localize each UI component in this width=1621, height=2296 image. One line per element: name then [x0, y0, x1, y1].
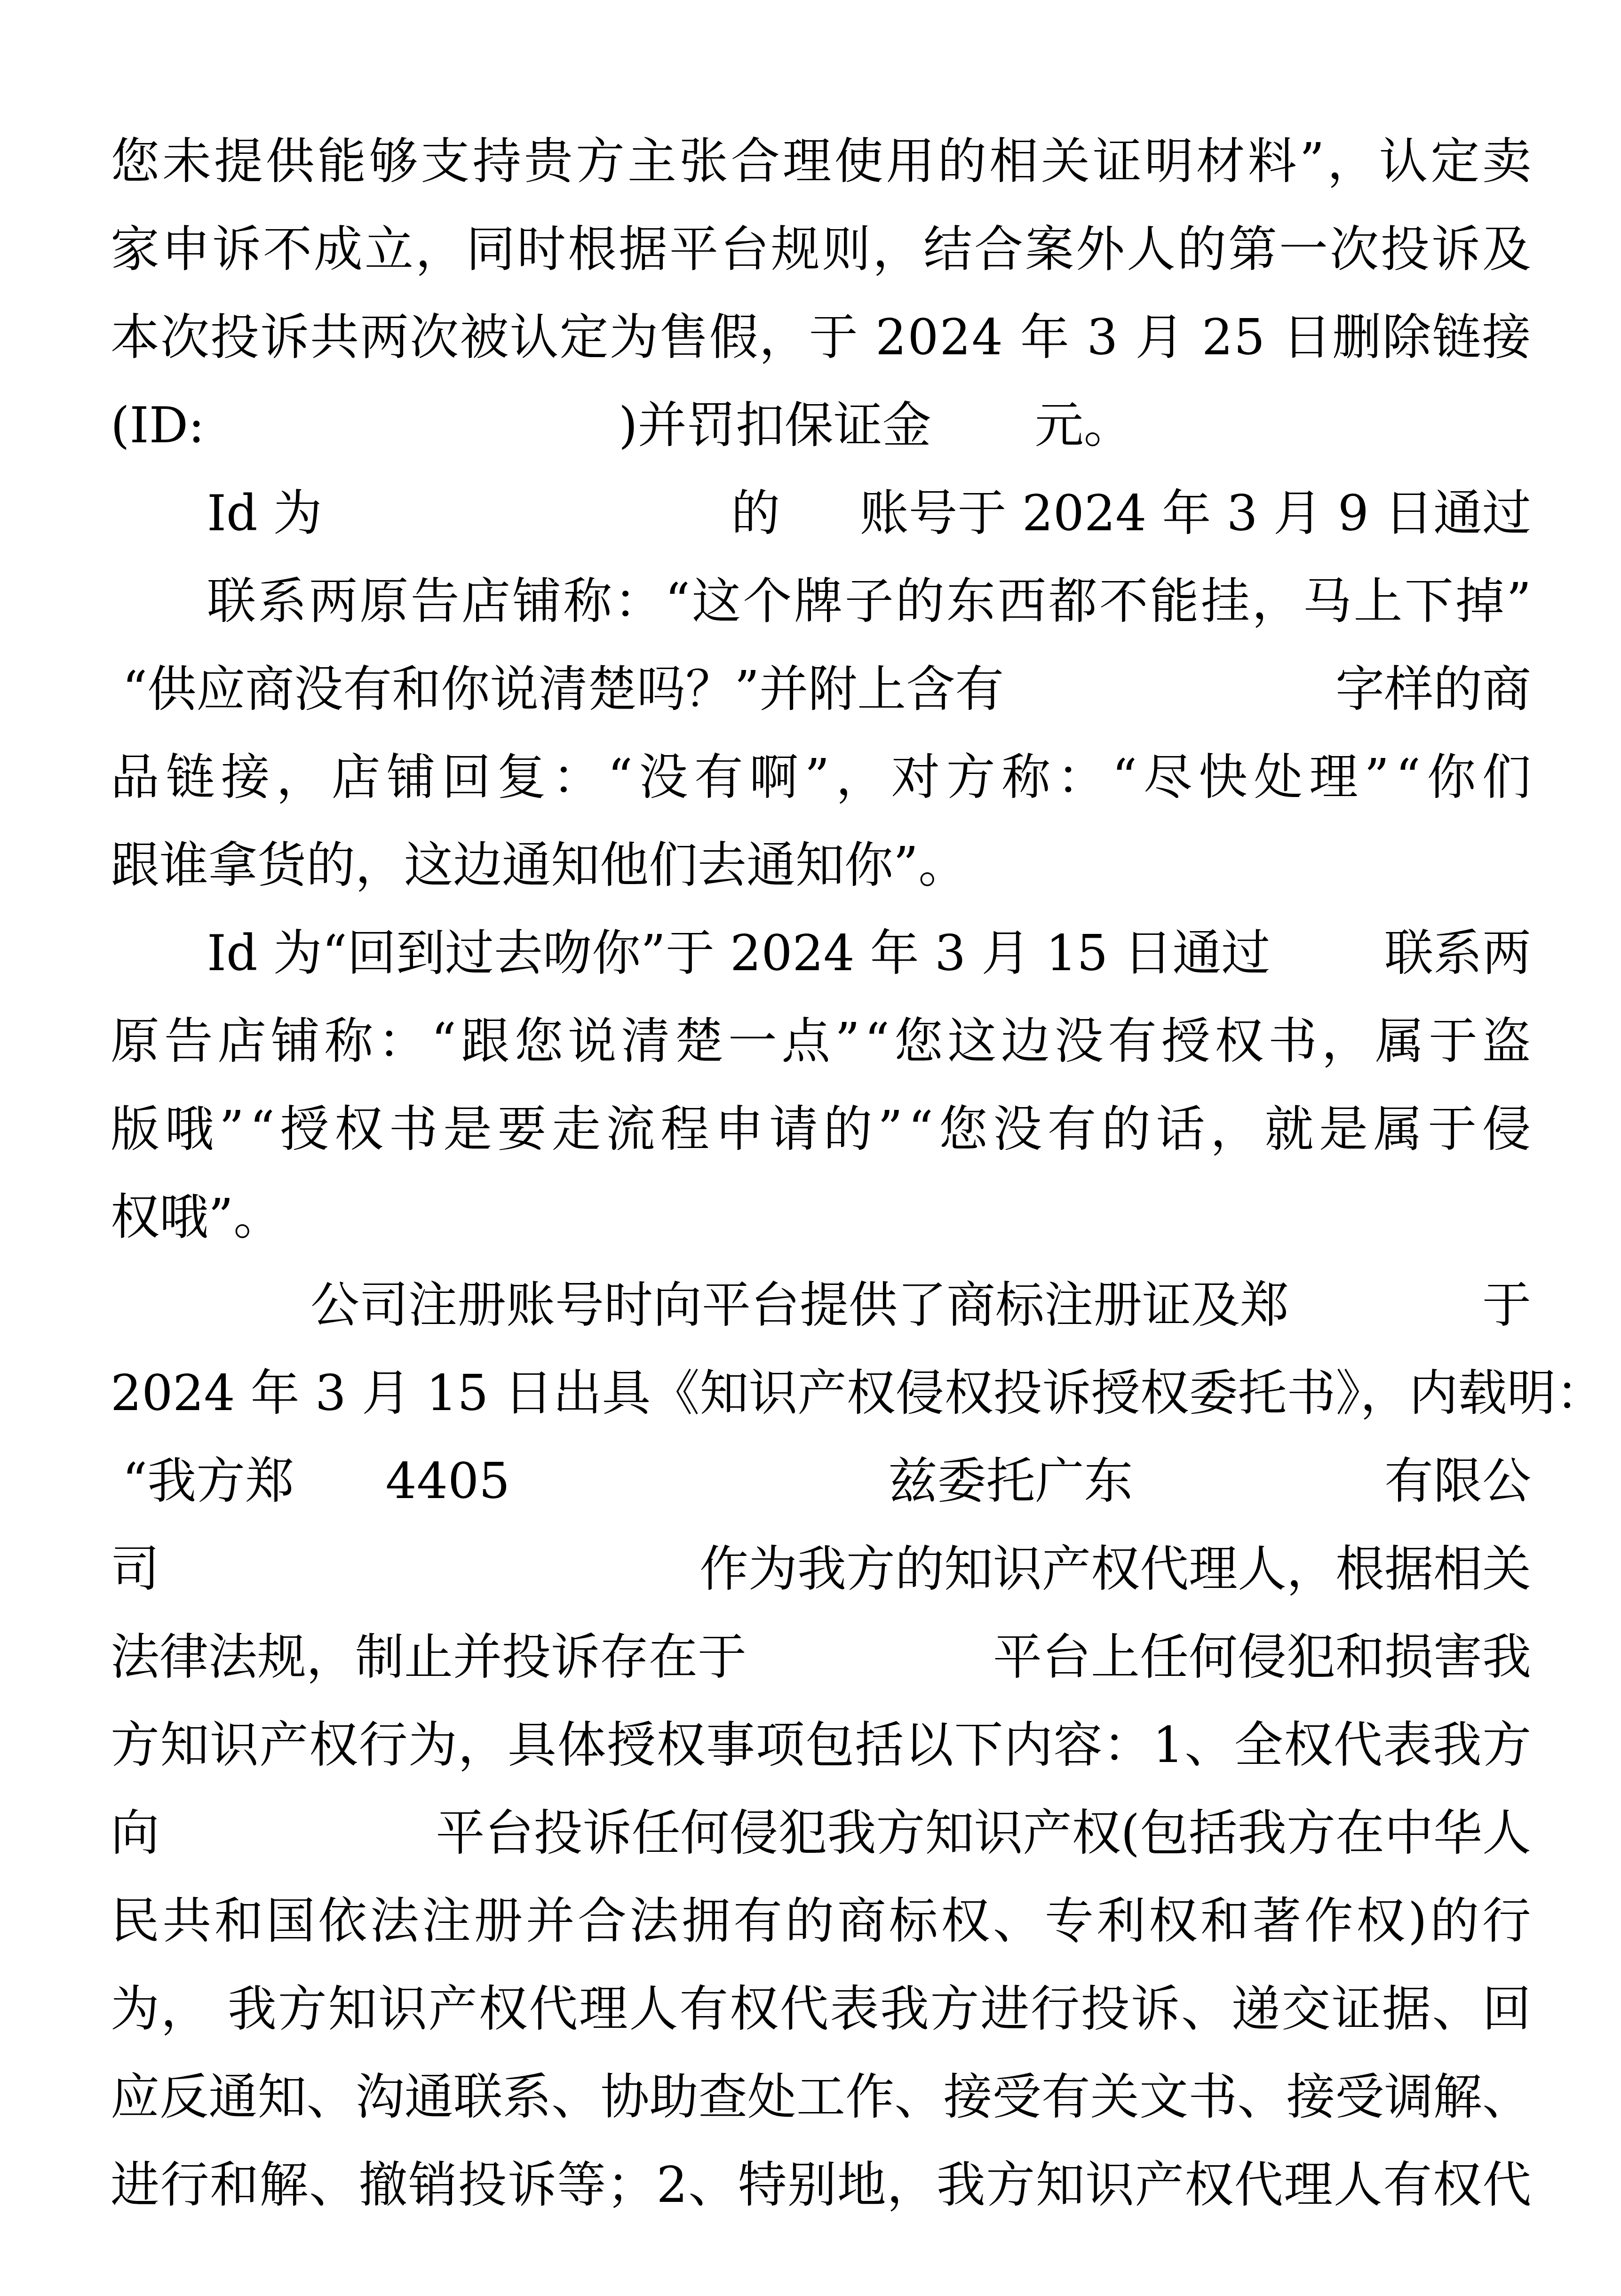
- text-line: 原告店铺称：“跟您说清楚一点”“您这边没有授权书，属于盗: [111, 1006, 1531, 1076]
- text-line: 本次投诉共两次被认定为售假，于 2024 年 3 月 25 日删除链接: [111, 302, 1531, 373]
- text-segment: “供应商没有和你说清楚吗？”并附上含有: [122, 654, 1004, 725]
- text-segment: 您未提供能够支持贵方主张合理使用的相关证明材料”，认定卖: [111, 126, 1534, 197]
- text-segment: (ID:: [111, 390, 205, 461]
- text-line: 法律法规，制止并投诉存在于 平台上任何侵犯和损害我: [111, 1622, 1531, 1692]
- text-line: 联系两原告店铺称：“这个牌子的东西都不能挂，马上下掉”: [207, 566, 1531, 637]
- text-segment: 公司注册账号时向平台提供了商标注册证及郑: [310, 1270, 1289, 1340]
- text-line: Id 为 的 账号于 2024 年 3 月 9 日通过: [207, 478, 1531, 549]
- text-segment: 有限公: [1384, 1446, 1531, 1516]
- text-segment: 司: [111, 1534, 159, 1604]
- text-segment: 字样的商: [1335, 654, 1531, 725]
- text-segment: 向: [111, 1798, 159, 1868]
- text-segment: 为， 我方知识产权代理人有权代表我方进行投诉、递交证据、回: [111, 1974, 1533, 2044]
- text-segment: Id 为“回到过去吻你”于 2024 年 3 月 15 日通过: [207, 918, 1271, 989]
- text-segment: “我方郑: [122, 1446, 294, 1516]
- text-segment: 联系两: [1384, 918, 1531, 989]
- text-line: 公司注册账号时向平台提供了商标注册证及郑 于: [310, 1270, 1531, 1340]
- text-segment: 账号于 2024 年 3 月 9 日通过: [860, 478, 1531, 549]
- text-line: Id 为“回到过去吻你”于 2024 年 3 月 15 日通过 联系两: [207, 918, 1531, 989]
- text-segment: 作为我方的知识产权代理人，根据相关: [699, 1534, 1531, 1604]
- text-segment: 品链接，店铺回复：“没有啊”，对方称：“尽快处理”“你们: [111, 742, 1537, 813]
- text-segment: 应反通知、沟通联系、协助查处工作、接受有关文书、接受调解、: [111, 2062, 1531, 2132]
- text-line: (ID: )并罚扣保证金 元。: [111, 390, 1531, 461]
- text-line: 为， 我方知识产权代理人有权代表我方进行投诉、递交证据、回: [111, 1974, 1531, 2044]
- text-line: 民共和国依法注册并合法拥有的商标权、专利权和著作权)的行: [111, 1886, 1531, 1956]
- text-line: “我方郑 4405 兹委托广东 有限公: [122, 1446, 1531, 1516]
- text-segment: 进行和解、撤销投诉等；2、特别地，我方知识产权代理人有权代: [111, 2150, 1532, 2220]
- text-line: “供应商没有和你说清楚吗？”并附上含有 字样的商: [122, 654, 1531, 725]
- text-segment: 元。: [1035, 390, 1133, 461]
- text-segment: 家申诉不成立，同时根据平台规则，结合案外人的第一次投诉及: [111, 214, 1533, 285]
- text-segment: 4405: [386, 1446, 510, 1516]
- text-segment: 民共和国依法注册并合法拥有的商标权、专利权和著作权)的行: [111, 1886, 1534, 1956]
- text-line: 家申诉不成立，同时根据平台规则，结合案外人的第一次投诉及: [111, 214, 1531, 285]
- text-line: 版哦”“授权书是要走流程申请的”“您没有的话，就是属于侵: [111, 1094, 1531, 1164]
- text-line: 司 作为我方的知识产权代理人，根据相关: [111, 1534, 1531, 1604]
- text-line: 应反通知、沟通联系、协助查处工作、接受有关文书、接受调解、: [111, 2062, 1531, 2132]
- text-segment: 的: [731, 478, 780, 549]
- text-segment: 跟谁拿货的，这边通知他们去通知你”。: [111, 830, 967, 901]
- text-segment: 方知识产权行为，具体授权事项包括以下内容：1、全权代表我方: [111, 1710, 1532, 1780]
- text-segment: 平台投诉任何侵犯我方知识产权(包括我方在中华人: [436, 1798, 1531, 1868]
- text-line: 品链接，店铺回复：“没有啊”，对方称：“尽快处理”“你们: [111, 742, 1531, 813]
- text-line: 向 平台投诉任何侵犯我方知识产权(包括我方在中华人: [111, 1798, 1531, 1868]
- text-segment: 平台上任何侵犯和损害我: [993, 1622, 1531, 1692]
- text-segment: 权哦”。: [111, 1182, 282, 1252]
- text-segment: 于: [1482, 1270, 1531, 1340]
- text-segment: 联系两原告店铺称：“这个牌子的东西都不能挂，马上下掉”: [207, 566, 1534, 637]
- text-segment: 兹委托广东: [889, 1446, 1133, 1516]
- document-page: 您未提供能够支持贵方主张合理使用的相关证明材料”，认定卖 家申诉不成立，同时根据…: [0, 0, 1621, 2296]
- text-segment: 本次投诉共两次被认定为售假，于 2024 年 3 月 25 日删除链接: [111, 302, 1532, 373]
- text-segment: )并罚扣保证金: [619, 390, 931, 461]
- text-segment: Id 为: [207, 478, 322, 549]
- text-segment: 版哦”“授权书是要走流程申请的”“您没有的话，就是属于侵: [111, 1094, 1536, 1164]
- text-line: 跟谁拿货的，这边通知他们去通知你”。: [111, 830, 1531, 901]
- text-segment: 2024 年 3 月 15 日出具《知识产权侵权投诉授权委托书》，内载明：: [111, 1358, 1605, 1428]
- text-line: 方知识产权行为，具体授权事项包括以下内容：1、全权代表我方: [111, 1710, 1531, 1780]
- text-line: 权哦”。: [111, 1182, 1531, 1252]
- text-line: 进行和解、撤销投诉等；2、特别地，我方知识产权代理人有权代: [111, 2150, 1531, 2220]
- text-segment: 法律法规，制止并投诉存在于: [111, 1622, 747, 1692]
- text-line: 2024 年 3 月 15 日出具《知识产权侵权投诉授权委托书》，内载明：: [111, 1358, 1531, 1428]
- text-line: 您未提供能够支持贵方主张合理使用的相关证明材料”，认定卖: [111, 126, 1531, 197]
- text-segment: 原告店铺称：“跟您说清楚一点”“您这边没有授权书，属于盗: [111, 1006, 1535, 1076]
